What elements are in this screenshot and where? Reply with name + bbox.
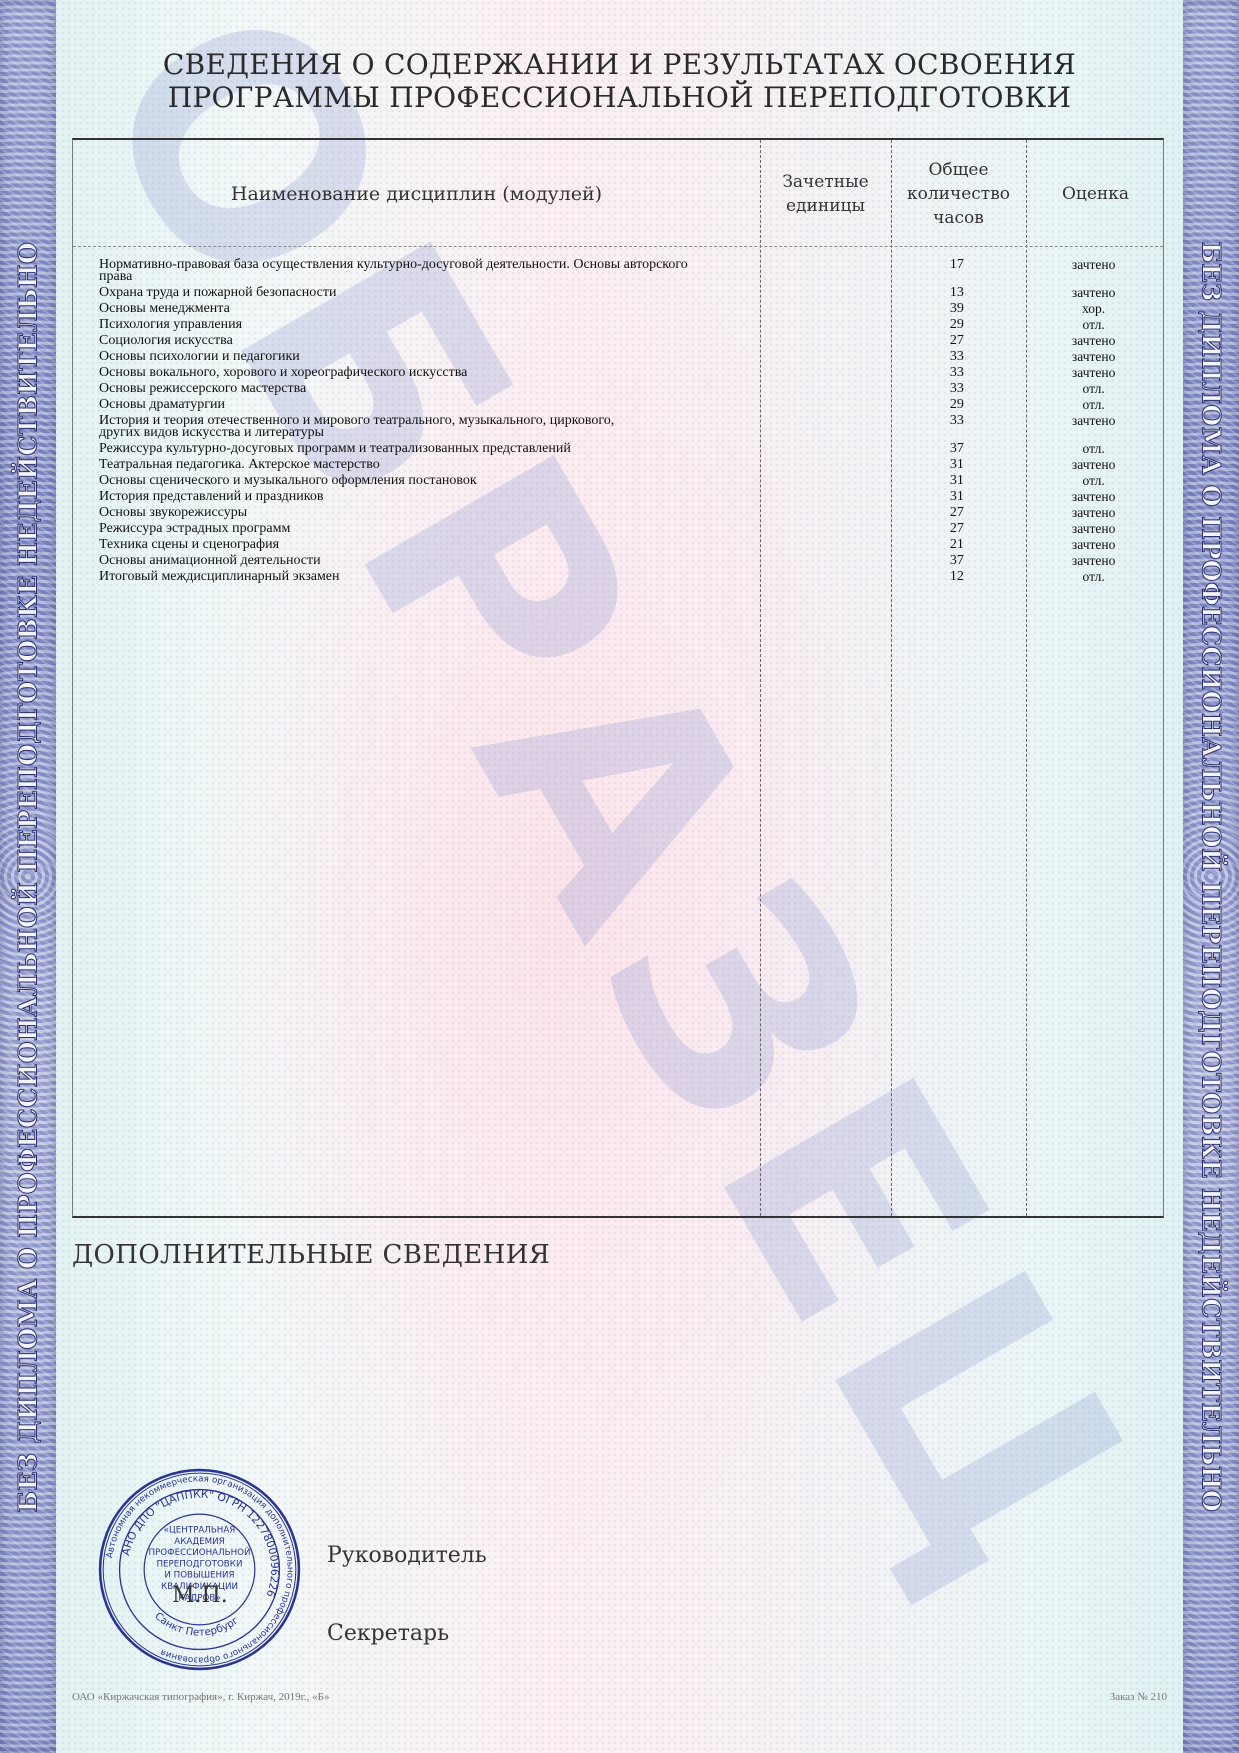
grade-value: отл. — [1024, 397, 1163, 411]
disciplines-table: Наименование дисциплин (модулей) Зачетны… — [72, 138, 1164, 1218]
right-border-caption: БЕЗ ДИПЛОМА О ПРОФЕССИОНАЛЬНОЙ ПЕРЕПОДГО… — [1197, 241, 1226, 1512]
discipline-name: Психология управления — [73, 317, 759, 333]
total-hours: 13 — [890, 285, 1025, 300]
grade-value: зачтено — [1024, 505, 1163, 519]
grade-value: отл. — [1024, 381, 1163, 395]
grade-value: зачтено — [1024, 537, 1163, 551]
grade-value: зачтено — [1024, 349, 1163, 363]
discipline-name: Основы вокального, хорового и хореографи… — [73, 365, 759, 381]
page-title: СВЕДЕНИЯ О СОДЕРЖАНИИ И РЕЗУЛЬТАТАХ ОСВО… — [0, 48, 1239, 114]
table-row: Итоговый междисциплинарный экзамен12отл. — [73, 569, 1163, 585]
total-hours: 21 — [890, 537, 1025, 552]
svg-text:«ЦЕНТРАЛЬНАЯ: «ЦЕНТРАЛЬНАЯ — [164, 1526, 236, 1536]
table-row: Театральная педагогика. Актерское мастер… — [73, 457, 1163, 473]
header-total-hours: Общее количество часов — [891, 140, 1026, 247]
discipline-name: Театральная педагогика. Актерское мастер… — [73, 457, 759, 473]
table-row: Основы анимационной деятельности37зачтен… — [73, 553, 1163, 569]
discipline-name: Охрана труда и пожарной безопасности — [73, 285, 759, 301]
grade-value: отл. — [1024, 441, 1163, 455]
head-signature-label: Руководитель — [327, 1543, 487, 1568]
table-row: История представлений и праздников31зачт… — [73, 489, 1163, 505]
table-header: Наименование дисциплин (модулей) Зачетны… — [73, 140, 1163, 247]
total-hours: 29 — [890, 317, 1025, 332]
total-hours: 33 — [890, 349, 1025, 364]
total-hours: 29 — [890, 397, 1025, 412]
grade-value: зачтено — [1024, 257, 1163, 271]
discipline-name: Основы драматургии — [73, 397, 759, 413]
table-row: История и теория отечественного и мирово… — [73, 413, 1163, 441]
seal-place-label: М.П. — [172, 1583, 228, 1608]
grade-value: хор. — [1024, 301, 1163, 315]
table-row: Основы режиссерского мастерства33отл. — [73, 381, 1163, 397]
table-body: Нормативно-правовая база осуществления к… — [73, 257, 1163, 585]
table-row: Социология искусства27зачтено — [73, 333, 1163, 349]
svg-text:ПЕРЕПОДГОТОВКИ: ПЕРЕПОДГОТОВКИ — [157, 1559, 243, 1569]
discipline-name: Основы психологии и педагогики — [73, 349, 759, 365]
header-discipline-name: Наименование дисциплин (модулей) — [73, 140, 760, 247]
grade-value: зачтено — [1024, 333, 1163, 347]
total-hours: 31 — [890, 457, 1025, 472]
discipline-name: Социология искусства — [73, 333, 759, 349]
table-row: Нормативно-правовая база осуществления к… — [73, 257, 1163, 285]
additional-info-heading: ДОПОЛНИТЕЛЬНЫЕ СВЕДЕНИЯ — [72, 1240, 550, 1270]
total-hours: 27 — [890, 333, 1025, 348]
discipline-name: История представлений и праздников — [73, 489, 759, 505]
grade-value: зачтено — [1024, 413, 1163, 427]
grade-value: зачтено — [1024, 521, 1163, 535]
discipline-name: История и теория отечественного и мирово… — [73, 413, 759, 441]
diploma-supplement-page: БЕЗ ДИПЛОМА О ПРОФЕССИОНАЛЬНОЙ ПЕРЕПОДГО… — [0, 0, 1239, 1753]
grade-value: отл. — [1024, 473, 1163, 487]
grade-value: зачтено — [1024, 285, 1163, 299]
header-grade: Оценка — [1026, 140, 1165, 247]
table-row: Основы менеджмента39хор. — [73, 301, 1163, 317]
table-row: Охрана труда и пожарной безопасности13за… — [73, 285, 1163, 301]
total-hours: 33 — [890, 365, 1025, 380]
total-hours: 31 — [890, 489, 1025, 504]
grade-value: отл. — [1024, 569, 1163, 583]
total-hours: 27 — [890, 521, 1025, 536]
order-number: Заказ № 210 — [1110, 1691, 1167, 1703]
discipline-name: Основы звукорежиссуры — [73, 505, 759, 521]
svg-text:АКАДЕМИЯ: АКАДЕМИЯ — [174, 1537, 224, 1547]
printer-imprint: ОАО «Киржачская типография», г. Киржач, … — [72, 1691, 330, 1703]
table-row: Основы драматургии29отл. — [73, 397, 1163, 413]
table-row: Режиссура эстрадных программ27зачтено — [73, 521, 1163, 537]
table-row: Основы вокального, хорового и хореографи… — [73, 365, 1163, 381]
discipline-name: Техника сцены и сценография — [73, 537, 759, 553]
discipline-name: Итоговый междисциплинарный экзамен — [73, 569, 759, 585]
total-hours: 12 — [890, 569, 1025, 584]
official-seal-stamp: Автономная некоммерческая организация до… — [97, 1467, 302, 1672]
table-row: Основы сценического и музыкального оформ… — [73, 473, 1163, 489]
total-hours: 37 — [890, 553, 1025, 568]
table-row: Режиссура культурно-досуговых программ и… — [73, 441, 1163, 457]
discipline-name: Основы менеджмента — [73, 301, 759, 317]
total-hours: 39 — [890, 301, 1025, 316]
grade-value: зачтено — [1024, 553, 1163, 567]
left-ornamental-border: БЕЗ ДИПЛОМА О ПРОФЕССИОНАЛЬНОЙ ПЕРЕПОДГО… — [0, 0, 56, 1753]
header-credit-units: Зачетные единицы — [760, 140, 891, 247]
right-ornamental-border: БЕЗ ДИПЛОМА О ПРОФЕССИОНАЛЬНОЙ ПЕРЕПОДГО… — [1183, 0, 1239, 1753]
table-row: Техника сцены и сценография21зачтено — [73, 537, 1163, 553]
grade-value: зачтено — [1024, 457, 1163, 471]
discipline-name: Режиссура культурно-досуговых программ и… — [73, 441, 759, 457]
total-hours: 33 — [890, 413, 1025, 428]
grade-value: зачтено — [1024, 365, 1163, 379]
grade-value: отл. — [1024, 317, 1163, 331]
table-row: Основы звукорежиссуры27зачтено — [73, 505, 1163, 521]
table-row: Психология управления29отл. — [73, 317, 1163, 333]
secretary-signature-label: Секретарь — [327, 1621, 449, 1646]
total-hours: 37 — [890, 441, 1025, 456]
discipline-name: Нормативно-правовая база осуществления к… — [73, 257, 759, 285]
svg-text:ПРОФЕССИОНАЛЬНОЙ: ПРОФЕССИОНАЛЬНОЙ — [148, 1546, 250, 1558]
left-border-caption: БЕЗ ДИПЛОМА О ПРОФЕССИОНАЛЬНОЙ ПЕРЕПОДГО… — [14, 241, 43, 1512]
discipline-name: Режиссура эстрадных программ — [73, 521, 759, 537]
total-hours: 27 — [890, 505, 1025, 520]
discipline-name: Основы анимационной деятельности — [73, 553, 759, 569]
discipline-name: Основы сценического и музыкального оформ… — [73, 473, 759, 489]
discipline-name: Основы режиссерского мастерства — [73, 381, 759, 397]
table-row: Основы психологии и педагогики33зачтено — [73, 349, 1163, 365]
total-hours: 31 — [890, 473, 1025, 488]
title-line-1: СВЕДЕНИЯ О СОДЕРЖАНИИ И РЕЗУЛЬТАТАХ ОСВО… — [0, 48, 1239, 81]
total-hours: 33 — [890, 381, 1025, 396]
total-hours: 17 — [890, 257, 1025, 272]
svg-text:И ПОВЫШЕНИЯ: И ПОВЫШЕНИЯ — [164, 1571, 234, 1581]
grade-value: зачтено — [1024, 489, 1163, 503]
title-line-2: ПРОГРАММЫ ПРОФЕССИОНАЛЬНОЙ ПЕРЕПОДГОТОВК… — [0, 81, 1239, 114]
